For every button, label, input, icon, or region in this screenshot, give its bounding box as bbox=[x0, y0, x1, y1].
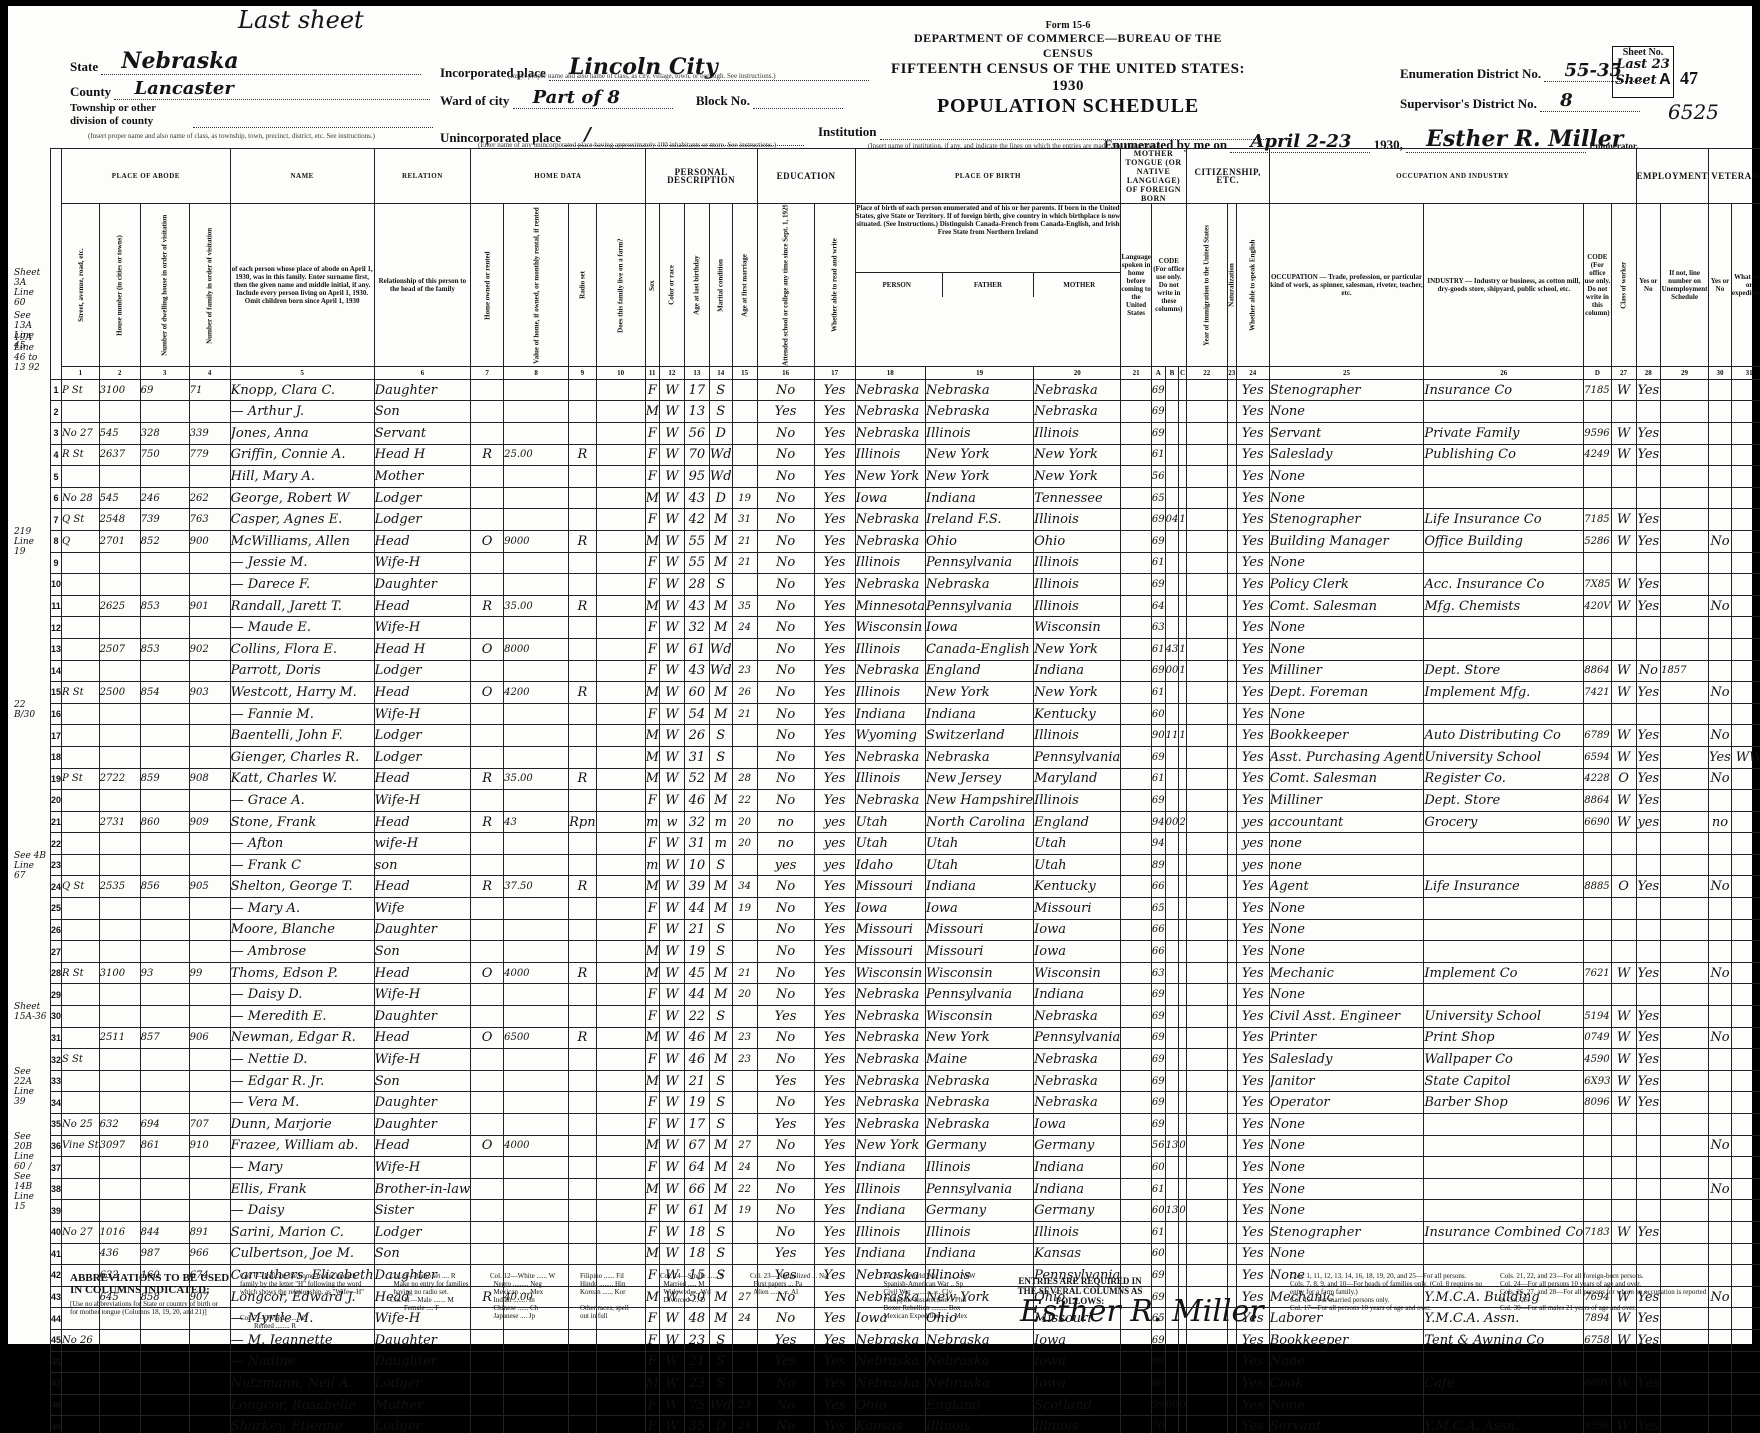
cell-code-d bbox=[1584, 1135, 1611, 1157]
cell-age-marriage bbox=[732, 919, 757, 941]
cell-code-b bbox=[1165, 682, 1179, 704]
cell-street bbox=[62, 919, 100, 941]
ward-field: Ward of city Part of 8 Block No. bbox=[440, 82, 843, 109]
margin-note: 219 Line 19 bbox=[14, 527, 48, 557]
cell-read: Yes bbox=[814, 1178, 855, 1200]
cell-veteran bbox=[1709, 466, 1732, 488]
cell-birth-person: Nebraska bbox=[855, 1027, 925, 1049]
cell-marital: M bbox=[709, 1157, 732, 1179]
cell-worker-class: W bbox=[1611, 725, 1636, 747]
supervisor-district-label: Supervisor's District No. bbox=[1400, 96, 1537, 111]
cell-sex: M bbox=[645, 1070, 659, 1092]
cell-birth-person: Nebraska bbox=[855, 1092, 925, 1114]
cell-dwelling: 861 bbox=[140, 1135, 189, 1157]
cell-occupation: None bbox=[1269, 919, 1424, 941]
cell-birth-father: Indiana bbox=[925, 1243, 1033, 1265]
cell-value bbox=[504, 854, 569, 876]
block-label: Block No. bbox=[696, 93, 750, 108]
cell-industry: Print Shop bbox=[1424, 1027, 1584, 1049]
cell-family bbox=[189, 401, 230, 423]
cell-birth-father: New York bbox=[925, 466, 1033, 488]
cell-code-d bbox=[1584, 984, 1611, 1006]
cell-war bbox=[1731, 487, 1760, 509]
cell-unemp-line: 1857 bbox=[1661, 660, 1709, 682]
cell-birth-mother: Germany bbox=[1034, 1135, 1121, 1157]
cell-industry bbox=[1424, 1243, 1584, 1265]
column-number: 23 bbox=[1227, 366, 1236, 379]
cell-school: No bbox=[757, 1092, 814, 1114]
cell-unemp-line bbox=[1661, 638, 1709, 660]
cell-sex: F bbox=[645, 466, 659, 488]
cell-war bbox=[1731, 401, 1760, 423]
cell-natur bbox=[1227, 876, 1236, 898]
cell-house bbox=[99, 1006, 140, 1028]
cell-english: Yes bbox=[1236, 401, 1269, 423]
cell-dwelling bbox=[140, 617, 189, 639]
cell-age-marriage bbox=[732, 1243, 757, 1265]
cell-birth-person: New York bbox=[855, 1135, 925, 1157]
cell-name: Frazee, William ab. bbox=[230, 1135, 374, 1157]
cell-language bbox=[1121, 1243, 1152, 1265]
group-education: EDUCATION bbox=[757, 149, 855, 204]
cell-at-work: Yes bbox=[1636, 1092, 1661, 1114]
line-number: 19 bbox=[51, 768, 62, 790]
cell-family: 339 bbox=[189, 423, 230, 445]
cell-sex: F bbox=[645, 898, 659, 920]
table-row: 36Vine St3097861910Frazee, William ab.He… bbox=[51, 1135, 1760, 1157]
line-number: 29 bbox=[51, 984, 62, 1006]
cell-worker-class: W bbox=[1611, 1092, 1636, 1114]
cell-race: W bbox=[659, 1070, 684, 1092]
cell-race: W bbox=[659, 1027, 684, 1049]
cell-english: Yes bbox=[1236, 595, 1269, 617]
cell-at-work: Yes bbox=[1636, 1006, 1661, 1028]
cell-code-c bbox=[1179, 984, 1186, 1006]
cell-language bbox=[1121, 1178, 1152, 1200]
cell-natur bbox=[1227, 984, 1236, 1006]
cell-unemp-line bbox=[1661, 1351, 1709, 1362]
cell-english: Yes bbox=[1236, 423, 1269, 445]
cell-marital: S bbox=[709, 574, 732, 596]
cell-value bbox=[504, 746, 569, 768]
cell-war bbox=[1731, 552, 1760, 574]
cell-owned bbox=[471, 703, 504, 725]
cell-age-marriage: 27 bbox=[732, 1135, 757, 1157]
cell-race: W bbox=[659, 1243, 684, 1265]
table-row: 46— NadineDaughterFW21SYesYesNebraskaNeb… bbox=[51, 1351, 1760, 1362]
cell-at-work: No bbox=[1636, 660, 1661, 682]
cell-industry: Implement Co bbox=[1424, 962, 1584, 984]
cell-code-b bbox=[1165, 1092, 1179, 1114]
cell-marital: Wd bbox=[709, 638, 732, 660]
cell-age-marriage: 21 bbox=[732, 703, 757, 725]
cell-radio: R bbox=[569, 530, 596, 552]
cell-industry: State Capitol bbox=[1424, 1070, 1584, 1092]
cell-owned bbox=[471, 466, 504, 488]
table-row: 8Q2701852900McWilliams, AllenHeadO9000RM… bbox=[51, 530, 1760, 552]
cell-code-a: 69 bbox=[1151, 1006, 1165, 1028]
cell-code-b bbox=[1165, 552, 1179, 574]
cell-code-a: 61 bbox=[1151, 552, 1165, 574]
cell-veteran bbox=[1709, 1329, 1732, 1351]
cell-code-c: 1 bbox=[1179, 509, 1186, 531]
cell-birth-person: Illinois bbox=[855, 1221, 925, 1243]
cell-code-b bbox=[1165, 833, 1179, 855]
cell-radio: R bbox=[569, 682, 596, 704]
cell-street bbox=[62, 725, 100, 747]
cell-code-d: 9596 bbox=[1584, 423, 1611, 445]
cell-immig bbox=[1186, 401, 1227, 423]
cell-name: — Mary A. bbox=[230, 898, 374, 920]
cell-school: No bbox=[757, 379, 814, 401]
cell-sex: M bbox=[645, 595, 659, 617]
cell-natur bbox=[1227, 466, 1236, 488]
cell-natur bbox=[1227, 725, 1236, 747]
cell-english: Yes bbox=[1236, 1178, 1269, 1200]
cell-marital: M bbox=[709, 898, 732, 920]
cell-owned: O bbox=[471, 530, 504, 552]
cell-unemp-line bbox=[1661, 1114, 1709, 1136]
cell-industry: Life Insurance bbox=[1424, 876, 1584, 898]
cell-language bbox=[1121, 1221, 1152, 1243]
cell-owned bbox=[471, 725, 504, 747]
cell-industry bbox=[1424, 638, 1584, 660]
cell-immig bbox=[1186, 617, 1227, 639]
cell-street bbox=[62, 898, 100, 920]
cell-english: Yes bbox=[1236, 509, 1269, 531]
cell-value bbox=[504, 487, 569, 509]
cell-name: — Daisy D. bbox=[230, 984, 374, 1006]
cell-age-marriage: 22 bbox=[732, 790, 757, 812]
cell-relation: Head bbox=[374, 811, 470, 833]
cell-marital: S bbox=[709, 1351, 732, 1362]
cell-worker-class bbox=[1611, 487, 1636, 509]
cell-dwelling: 739 bbox=[140, 509, 189, 531]
cell-farm bbox=[596, 725, 645, 747]
cell-at-work bbox=[1636, 854, 1661, 876]
cell-code-a: 69 bbox=[1151, 1114, 1165, 1136]
cell-birth-mother: Indiana bbox=[1034, 1178, 1121, 1200]
cell-relation: Head bbox=[374, 530, 470, 552]
cell-house: 632 bbox=[99, 1114, 140, 1136]
cell-worker-class: O bbox=[1611, 768, 1636, 790]
cell-sex: F bbox=[645, 1006, 659, 1028]
cell-immig bbox=[1186, 854, 1227, 876]
cell-industry bbox=[1424, 919, 1584, 941]
cell-age: 43 bbox=[684, 660, 709, 682]
cell-birth-mother: Indiana bbox=[1034, 1157, 1121, 1179]
cell-industry: Acc. Insurance Co bbox=[1424, 574, 1584, 596]
cell-veteran bbox=[1709, 1092, 1732, 1114]
schedule-title: POPULATION SCHEDULE bbox=[888, 95, 1248, 118]
cell-race: W bbox=[659, 703, 684, 725]
cell-value: 9000 bbox=[504, 530, 569, 552]
cell-read: Yes bbox=[814, 962, 855, 984]
cell-worker-class: W bbox=[1611, 1006, 1636, 1028]
cell-sex: F bbox=[645, 509, 659, 531]
cell-sex: M bbox=[645, 487, 659, 509]
cell-industry bbox=[1424, 552, 1584, 574]
cell-dwelling bbox=[140, 703, 189, 725]
cell-race: W bbox=[659, 617, 684, 639]
cell-radio: R bbox=[569, 962, 596, 984]
cell-occupation: Janitor bbox=[1269, 1070, 1424, 1092]
cell-code-b bbox=[1165, 941, 1179, 963]
cell-code-c bbox=[1179, 941, 1186, 963]
cell-birth-mother: Pennsylvania bbox=[1034, 1027, 1121, 1049]
cell-occupation: Comt. Salesman bbox=[1269, 768, 1424, 790]
cell-farm bbox=[596, 1243, 645, 1265]
cell-language bbox=[1121, 811, 1152, 833]
group-occupation: OCCUPATION AND INDUSTRY bbox=[1269, 149, 1636, 204]
header-birth-desc: Place of birth of each person enumerated… bbox=[855, 204, 1121, 367]
cell-dwelling: 246 bbox=[140, 487, 189, 509]
cell-value bbox=[504, 703, 569, 725]
cell-name: Katt, Charles W. bbox=[230, 768, 374, 790]
cell-birth-father: Wisconsin bbox=[925, 1006, 1033, 1028]
cell-worker-class: W bbox=[1611, 746, 1636, 768]
header-owned-rented: Home owned or rented bbox=[471, 204, 504, 367]
cell-birth-father: Pennsylvania bbox=[925, 1178, 1033, 1200]
cell-veteran bbox=[1709, 1006, 1732, 1028]
cell-code-c bbox=[1179, 790, 1186, 812]
sheet-sub: Sheet bbox=[1615, 73, 1656, 88]
cell-age: 46 bbox=[684, 790, 709, 812]
cell-relation: Head H bbox=[374, 638, 470, 660]
cell-veteran: No bbox=[1709, 768, 1732, 790]
cell-language bbox=[1121, 876, 1152, 898]
cell-industry bbox=[1424, 1135, 1584, 1157]
cell-code-b bbox=[1165, 1027, 1179, 1049]
cell-marital: S bbox=[709, 919, 732, 941]
cell-code-c bbox=[1179, 1243, 1186, 1265]
cell-relation: Lodger bbox=[374, 487, 470, 509]
cell-immig bbox=[1186, 919, 1227, 941]
cell-birth-father: Pennsylvania bbox=[925, 984, 1033, 1006]
cell-school: No bbox=[757, 1135, 814, 1157]
column-number: 3 bbox=[140, 366, 189, 379]
cell-war bbox=[1731, 703, 1760, 725]
cell-occupation: None bbox=[1269, 401, 1424, 423]
cell-radio bbox=[569, 660, 596, 682]
cell-english: Yes bbox=[1236, 617, 1269, 639]
column-number: 4 bbox=[189, 366, 230, 379]
cell-immig bbox=[1186, 552, 1227, 574]
cell-value bbox=[504, 1243, 569, 1265]
cell-war bbox=[1731, 423, 1760, 445]
cell-language bbox=[1121, 919, 1152, 941]
cell-at-work bbox=[1636, 984, 1661, 1006]
cell-read: Yes bbox=[814, 638, 855, 660]
cell-unemp-line bbox=[1661, 725, 1709, 747]
cell-house: 2535 bbox=[99, 876, 140, 898]
cell-owned bbox=[471, 552, 504, 574]
cell-family: 908 bbox=[189, 768, 230, 790]
cell-worker-class bbox=[1611, 552, 1636, 574]
cell-code-b bbox=[1165, 401, 1179, 423]
cell-house: 545 bbox=[99, 423, 140, 445]
cell-value bbox=[504, 1200, 569, 1222]
cell-birth-mother: Utah bbox=[1034, 833, 1121, 855]
cell-sex: F bbox=[645, 423, 659, 445]
cell-language bbox=[1121, 1135, 1152, 1157]
line-number: 15 bbox=[51, 682, 62, 704]
cell-veteran bbox=[1709, 638, 1732, 660]
cell-race: W bbox=[659, 768, 684, 790]
cell-industry bbox=[1424, 487, 1584, 509]
cell-war bbox=[1731, 1006, 1760, 1028]
cell-farm bbox=[596, 552, 645, 574]
cell-age: 60 bbox=[684, 682, 709, 704]
sheet-number-box: Sheet No. Last 23 Sheet A bbox=[1612, 46, 1674, 98]
cell-birth-person: Wisconsin bbox=[855, 962, 925, 984]
cell-occupation: Asst. Purchasing Agent bbox=[1269, 746, 1424, 768]
cell-worker-class bbox=[1611, 833, 1636, 855]
cell-age: 61 bbox=[684, 1200, 709, 1222]
cell-worker-class bbox=[1611, 1135, 1636, 1157]
cell-code-b: 13 bbox=[1165, 1200, 1179, 1222]
table-row: 12— Maude E.Wife-HFW32M24NoYesWisconsinI… bbox=[51, 617, 1760, 639]
cell-family: 707 bbox=[189, 1114, 230, 1136]
cell-language bbox=[1121, 617, 1152, 639]
cell-birth-mother: Illinois bbox=[1034, 595, 1121, 617]
cell-value bbox=[504, 379, 569, 401]
cell-dwelling bbox=[140, 898, 189, 920]
column-number: 30 bbox=[1709, 366, 1732, 379]
cell-birth-mother: Wisconsin bbox=[1034, 962, 1121, 984]
column-number: 28 bbox=[1636, 366, 1661, 379]
cell-code-a: 61 bbox=[1151, 1178, 1165, 1200]
cell-immig bbox=[1186, 703, 1227, 725]
cell-sex: F bbox=[645, 984, 659, 1006]
cell-birth-mother: Illinois bbox=[1034, 423, 1121, 445]
column-number: 12 bbox=[659, 366, 684, 379]
cell-war bbox=[1731, 1178, 1760, 1200]
ward-value: Part of 8 bbox=[513, 87, 620, 108]
cell-family: 262 bbox=[189, 487, 230, 509]
cell-veteran bbox=[1709, 444, 1732, 466]
cell-birth-father: Maine bbox=[925, 1049, 1033, 1071]
cell-age: 54 bbox=[684, 703, 709, 725]
cell-sex: F bbox=[645, 1200, 659, 1222]
cell-age: 21 bbox=[684, 1070, 709, 1092]
cell-read: Yes bbox=[814, 1243, 855, 1265]
cell-english: Yes bbox=[1236, 466, 1269, 488]
cell-english: Yes bbox=[1236, 703, 1269, 725]
cell-english: Yes bbox=[1236, 574, 1269, 596]
cell-at-work: Yes bbox=[1636, 1049, 1661, 1071]
line-number: 36 bbox=[51, 1135, 62, 1157]
cell-owned bbox=[471, 790, 504, 812]
cell-family: 901 bbox=[189, 595, 230, 617]
line-number: 32 bbox=[51, 1049, 62, 1071]
cell-value: 4000 bbox=[504, 962, 569, 984]
cell-language bbox=[1121, 401, 1152, 423]
cell-code-b: 04 bbox=[1165, 509, 1179, 531]
cell-owned bbox=[471, 919, 504, 941]
cell-name: — Daisy bbox=[230, 1200, 374, 1222]
cell-birth-father: North Carolina bbox=[925, 811, 1033, 833]
cell-radio bbox=[569, 833, 596, 855]
cell-read: Yes bbox=[814, 1114, 855, 1136]
cell-birth-mother: Nebraska bbox=[1034, 401, 1121, 423]
cell-unemp-line bbox=[1661, 1178, 1709, 1200]
cell-veteran bbox=[1709, 1157, 1732, 1179]
cell-worker-class bbox=[1611, 1157, 1636, 1179]
cell-occupation: Mechanic bbox=[1269, 962, 1424, 984]
cell-war bbox=[1731, 1114, 1760, 1136]
cell-read: Yes bbox=[814, 660, 855, 682]
cell-value: 37.50 bbox=[504, 876, 569, 898]
cell-worker-class: W bbox=[1611, 1049, 1636, 1071]
cell-at-work bbox=[1636, 1135, 1661, 1157]
cell-relation: Son bbox=[374, 941, 470, 963]
cell-code-d: 4249 bbox=[1584, 444, 1611, 466]
column-number: A bbox=[1151, 366, 1165, 379]
cell-name: Thoms, Edson P. bbox=[230, 962, 374, 984]
cell-worker-class bbox=[1611, 1114, 1636, 1136]
cell-school: No bbox=[757, 746, 814, 768]
cell-relation: Daughter bbox=[374, 1006, 470, 1028]
cell-read: Yes bbox=[814, 466, 855, 488]
cell-family: 903 bbox=[189, 682, 230, 704]
cell-street bbox=[62, 1200, 100, 1222]
cell-birth-mother: Utah bbox=[1034, 854, 1121, 876]
cell-veteran: No bbox=[1709, 1135, 1732, 1157]
census-title: FIFTEENTH CENSUS OF THE UNITED STATES: 1… bbox=[888, 61, 1248, 95]
cell-code-c bbox=[1179, 574, 1186, 596]
township-label: Township or other division of county bbox=[70, 102, 190, 128]
header-read-write: Whether able to read and write bbox=[814, 204, 855, 367]
cell-veteran bbox=[1709, 1221, 1732, 1243]
cell-relation: Head bbox=[374, 595, 470, 617]
cell-relation: Lodger bbox=[374, 725, 470, 747]
cell-code-d: 7621 bbox=[1584, 962, 1611, 984]
cell-language bbox=[1121, 768, 1152, 790]
cell-natur bbox=[1227, 1049, 1236, 1071]
cell-family: 779 bbox=[189, 444, 230, 466]
cell-at-work: yes bbox=[1636, 811, 1661, 833]
cell-code-c bbox=[1179, 1027, 1186, 1049]
cell-school: No bbox=[757, 552, 814, 574]
cell-birth-person: Illinois bbox=[855, 638, 925, 660]
cell-age: 64 bbox=[684, 1157, 709, 1179]
cell-relation: Son bbox=[374, 1070, 470, 1092]
cell-industry: Publishing Co bbox=[1424, 444, 1584, 466]
cell-natur bbox=[1227, 703, 1236, 725]
cell-age: 44 bbox=[684, 984, 709, 1006]
cell-farm bbox=[596, 1027, 645, 1049]
line-number: 2 bbox=[51, 401, 62, 423]
enum-district-label: Enumeration District No. bbox=[1400, 66, 1541, 81]
cell-veteran: No bbox=[1709, 725, 1732, 747]
cell-relation: Wife-H bbox=[374, 790, 470, 812]
cell-war bbox=[1731, 1221, 1760, 1243]
cell-value bbox=[504, 617, 569, 639]
cell-birth-mother: Illinois bbox=[1034, 552, 1121, 574]
cell-age-marriage: 23 bbox=[732, 1049, 757, 1071]
cell-code-d bbox=[1584, 1200, 1611, 1222]
cell-war bbox=[1731, 530, 1760, 552]
cell-english: Yes bbox=[1236, 530, 1269, 552]
cell-birth-mother: Kansas bbox=[1034, 1243, 1121, 1265]
cell-farm bbox=[596, 1049, 645, 1071]
cell-birth-father: New York bbox=[925, 682, 1033, 704]
cell-language bbox=[1121, 660, 1152, 682]
cell-occupation: None bbox=[1269, 1114, 1424, 1136]
cell-industry bbox=[1424, 941, 1584, 963]
cell-family bbox=[189, 1049, 230, 1071]
